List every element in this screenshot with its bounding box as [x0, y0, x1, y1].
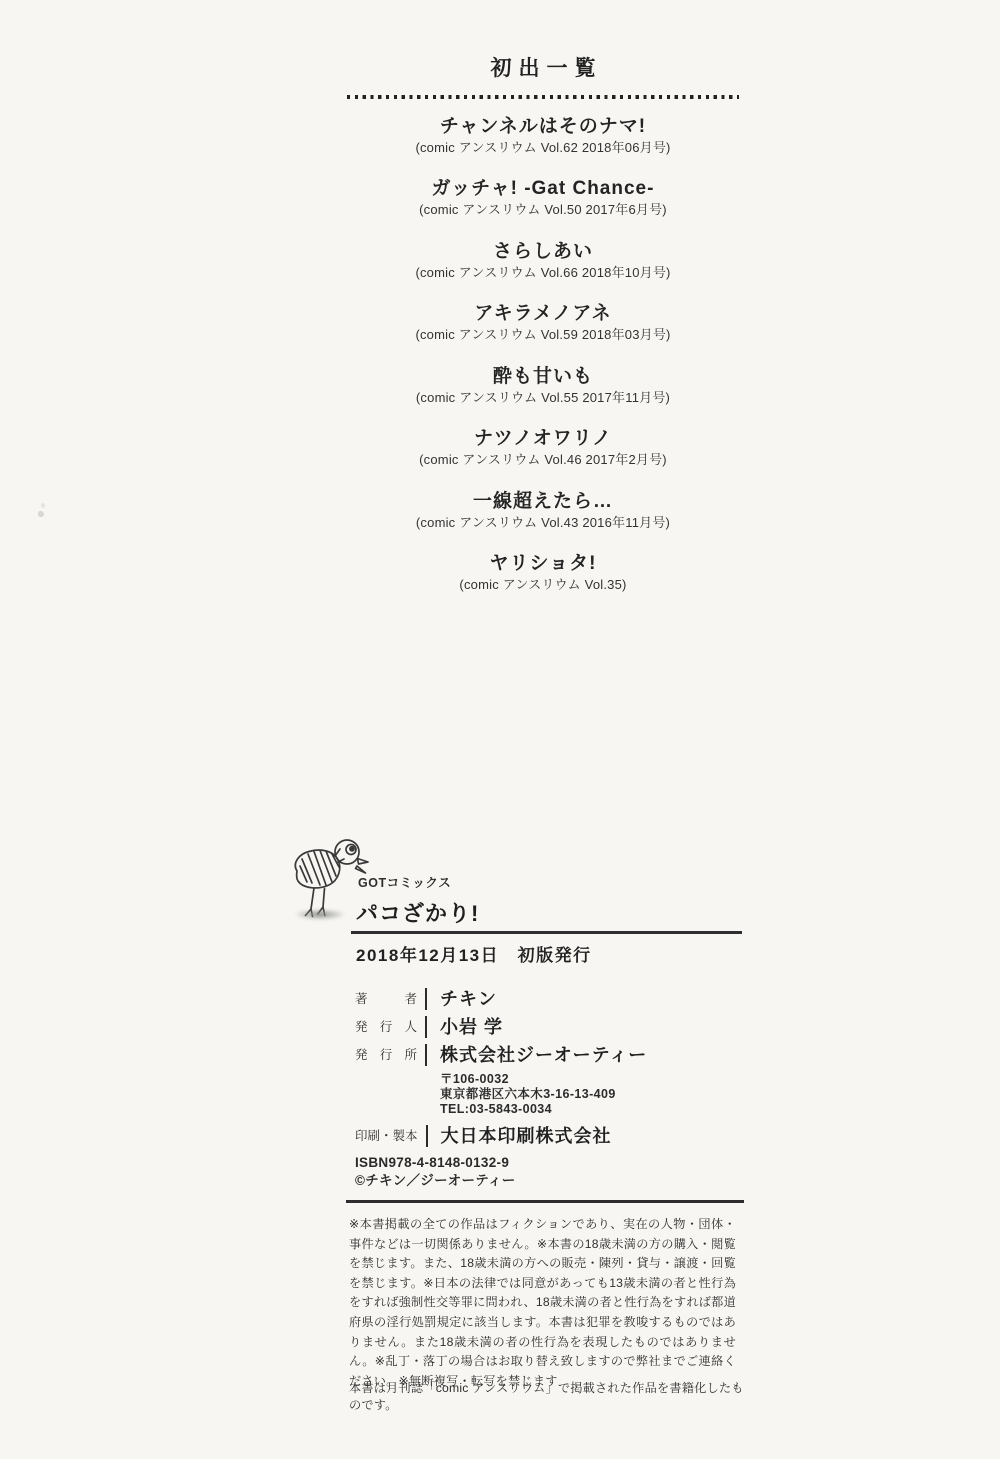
chapter-title: ガッチャ! -Gat Chance- [343, 177, 743, 201]
chapter-source: (comic アンスリウム Vol.50 2017年6月号) [343, 202, 743, 218]
serialization-note: 本書は月刊誌「comic アンスリウム」で掲載された作品を書籍化したものです。 [349, 1379, 749, 1413]
bird-shadow [294, 909, 346, 920]
chapter-source: (comic アンスリウム Vol.46 2017年2月号) [343, 452, 743, 468]
publication-items: チャンネルはそのナマ! (comic アンスリウム Vol.62 2018年06… [343, 115, 743, 594]
publisher-block: 株式会社ジーオーティー [425, 1044, 647, 1066]
phone-number: TEL:03-5843-0034 [440, 1102, 755, 1117]
credit-value: チキン [425, 988, 497, 1010]
horizontal-rule [346, 1200, 744, 1203]
chapter-title: チャンネルはそのナマ! [343, 115, 743, 139]
publication-item: アキラメノアネ (comic アンスリウム Vol.59 2018年03月号) [343, 302, 743, 343]
copyright-line: ©チキン／ジーオーティー [355, 1172, 516, 1190]
dotted-divider [347, 95, 739, 99]
chapter-source: (comic アンスリウム Vol.55 2017年11月号) [343, 390, 743, 406]
publication-item: ガッチャ! -Gat Chance- (comic アンスリウム Vol.50 … [343, 177, 743, 218]
scan-speck [38, 511, 44, 517]
credit-value: 小岩 学 [425, 1016, 503, 1038]
legal-notice: ※本書掲載の全ての作品はフィクションであり、実在の人物・団体・事件などは一切関係… [349, 1215, 736, 1391]
chapter-source: (comic アンスリウム Vol.62 2018年06月号) [343, 140, 743, 156]
chapter-title: 一線超えたら… [343, 490, 743, 514]
isbn-number: ISBN978-4-8148-0132-9 [355, 1154, 516, 1172]
credit-value: 大日本印刷株式会社 [426, 1125, 612, 1147]
chapter-title: 酔も甘いも [343, 365, 743, 389]
credit-row-author: 著者 チキン [355, 988, 755, 1010]
publisher-address: 〒106-0032 東京都港区六本木3-16-13-409 TEL:03-584… [440, 1072, 755, 1117]
publication-item: さらしあい (comic アンスリウム Vol.66 2018年10月号) [343, 240, 743, 281]
credit-value: 株式会社ジーオーティー [425, 1044, 647, 1066]
publication-item: ヤリショタ! (comic アンスリウム Vol.35) [343, 552, 743, 593]
publication-item: ナツノオワリノ (comic アンスリウム Vol.46 2017年2月号) [343, 427, 743, 468]
chapter-source: (comic アンスリウム Vol.59 2018年03月号) [343, 327, 743, 343]
chapter-source: (comic アンスリウム Vol.66 2018年10月号) [343, 265, 743, 281]
chapter-title: ナツノオワリノ [343, 427, 743, 451]
page-title: 初出一覧 [343, 52, 743, 82]
chapter-title: アキラメノアネ [343, 302, 743, 326]
chapter-title: ヤリショタ! [343, 552, 743, 576]
book-title: パコざかり! [356, 897, 479, 928]
chapter-source: (comic アンスリウム Vol.43 2016年11月号) [343, 515, 743, 531]
credit-label: 発行所 [355, 1044, 417, 1066]
publication-item: チャンネルはそのナマ! (comic アンスリウム Vol.62 2018年06… [343, 115, 743, 156]
scanned-colophon-page: 初出一覧 チャンネルはそのナマ! (comic アンスリウム Vol.62 20… [0, 0, 1000, 1459]
street-address: 東京都港区六本木3-16-13-409 [440, 1087, 755, 1102]
credits-table: 著者 チキン 発行人 小岩 学 発行所 株式会社ジーオーティー 〒106-003… [355, 988, 755, 1153]
first-publication-list: 初出一覧 チャンネルはそのナマ! (comic アンスリウム Vol.62 20… [343, 52, 743, 615]
chapter-title: さらしあい [343, 240, 743, 264]
postal-code: 〒106-0032 [440, 1072, 755, 1087]
horizontal-rule [351, 931, 742, 934]
credit-row-publisher-company: 発行所 株式会社ジーオーティー [355, 1044, 755, 1066]
chapter-source: (comic アンスリウム Vol.35) [343, 577, 743, 593]
edition-date: 2018年12月13日 初版発行 [356, 941, 592, 966]
credit-label: 印刷・製本 [355, 1125, 418, 1147]
imprint-label: GOTコミックス [358, 873, 451, 891]
credit-row-publisher-person: 発行人 小岩 学 [355, 1016, 755, 1038]
credit-row-printer: 印刷・製本 大日本印刷株式会社 [355, 1125, 755, 1147]
credit-label: 発行人 [355, 1016, 417, 1038]
publication-item: 酔も甘いも (comic アンスリウム Vol.55 2017年11月号) [343, 365, 743, 406]
credit-label: 著者 [355, 988, 417, 1010]
isbn-block: ISBN978-4-8148-0132-9 ©チキン／ジーオーティー [355, 1154, 516, 1190]
publication-item: 一線超えたら… (comic アンスリウム Vol.43 2016年11月号) [343, 490, 743, 531]
scan-speck [41, 503, 45, 508]
